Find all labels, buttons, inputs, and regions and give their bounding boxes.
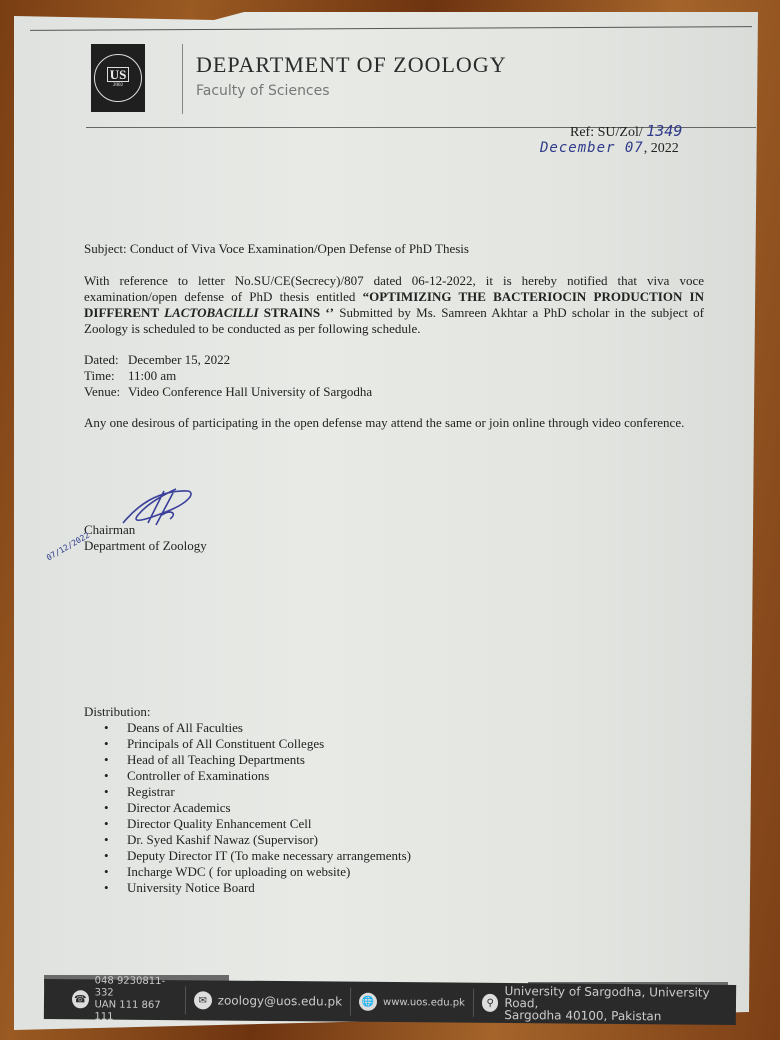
schedule-value: 11:00 am xyxy=(128,368,176,384)
list-item-text: Director Academics xyxy=(127,800,231,816)
bullet-icon: • xyxy=(104,880,127,896)
list-item: •Registrar xyxy=(104,784,411,800)
footer-phone-2: UAN 111 867 111 xyxy=(94,999,176,1024)
reference-handwritten-number: 1349 xyxy=(646,122,682,140)
schedule-row-venue: Venue:Video Conference Hall University o… xyxy=(84,384,704,400)
footer-address: ⚲ University of Sargodha, University Roa… xyxy=(474,989,736,1019)
letter-date-handwritten: December 07 xyxy=(540,140,644,156)
header-divider xyxy=(182,44,183,114)
signatory-title: Chairman xyxy=(84,522,207,538)
list-item-text: Director Quality Enhancement Cell xyxy=(127,816,311,832)
list-item-text: Registrar xyxy=(127,784,175,800)
list-item: •University Notice Board xyxy=(104,880,411,896)
distribution-heading: Distribution: xyxy=(84,704,150,720)
bullet-icon: • xyxy=(104,736,127,752)
phone-icon: ☎ xyxy=(72,990,89,1008)
footer-address-text: University of Sargodha, University Road,… xyxy=(504,985,728,1023)
logo-monogram: US xyxy=(107,67,130,82)
letter-date: December 07, 2022 xyxy=(540,140,679,157)
letterhead-footer: ☎ 048 9230811-332 UAN 111 867 111 ✉ zool… xyxy=(44,979,736,1025)
list-item-text: Deans of All Faculties xyxy=(127,720,243,736)
footer-phone: ☎ 048 9230811-332 UAN 111 867 111 xyxy=(44,985,186,1014)
logo-seal: US 2002 xyxy=(94,54,142,102)
schedule: Dated:December 15, 2022 Time:11:00 am Ve… xyxy=(84,352,704,400)
footer-phone-1: 048 9230811-332 xyxy=(95,975,177,1000)
distribution-list: •Deans of All Faculties •Principals of A… xyxy=(104,720,411,896)
list-item: •Incharge WDC ( for uploading on website… xyxy=(104,864,411,880)
reference-label: Ref: SU/Zol/ xyxy=(570,125,643,140)
bullet-icon: • xyxy=(104,832,127,848)
thesis-title-italic: LACTOBACILLI xyxy=(164,305,258,320)
subject-line: Subject: Conduct of Viva Voce Examinatio… xyxy=(84,241,704,257)
reference-number: Ref: SU/Zol/ 1349 xyxy=(570,122,682,141)
footer-address-2: Sargodha 40100, Pakistan xyxy=(504,1009,728,1023)
bullet-icon: • xyxy=(104,720,127,736)
schedule-label: Dated: xyxy=(84,352,128,368)
bullet-icon: • xyxy=(104,816,127,832)
signatory-block: Chairman Department of Zoology xyxy=(84,522,207,554)
list-item: •Deans of All Faculties xyxy=(104,720,411,736)
list-item: •Deputy Director IT (To make necessary a… xyxy=(104,848,411,864)
bullet-icon: • xyxy=(104,800,127,816)
list-item: •Principals of All Constituent Colleges xyxy=(104,736,411,752)
thesis-title-part2: STRAINS ‘’ xyxy=(259,305,334,320)
schedule-row-date: Dated:December 15, 2022 xyxy=(84,352,704,368)
list-item: •Controller of Examinations xyxy=(104,768,411,784)
logo-year: 2002 xyxy=(113,82,123,89)
schedule-label: Time: xyxy=(84,368,128,384)
footer-website: 🌐 www.uos.edu.pk xyxy=(351,988,474,1017)
location-pin-icon: ⚲ xyxy=(482,994,499,1012)
list-item-text: Controller of Examinations xyxy=(127,768,269,784)
list-item-text: Deputy Director IT (To make necessary ar… xyxy=(127,848,411,864)
bullet-icon: • xyxy=(104,784,127,800)
list-item-text: University Notice Board xyxy=(127,880,255,896)
bullet-icon: • xyxy=(104,848,127,864)
schedule-value: Video Conference Hall University of Sarg… xyxy=(128,384,372,400)
body-paragraph: With reference to letter No.SU/CE(Secrec… xyxy=(84,273,704,337)
bullet-icon: • xyxy=(104,768,127,784)
list-item-text: Dr. Syed Kashif Nawaz (Supervisor) xyxy=(127,832,318,848)
list-item: •Director Academics xyxy=(104,800,411,816)
list-item: •Dr. Syed Kashif Nawaz (Supervisor) xyxy=(104,832,411,848)
list-item-text: Head of all Teaching Departments xyxy=(127,752,305,768)
footer-phone-text: 048 9230811-332 UAN 111 867 111 xyxy=(94,975,177,1024)
signatory-department: Department of Zoology xyxy=(84,538,207,554)
list-item-text: Principals of All Constituent Colleges xyxy=(127,736,324,752)
bullet-icon: • xyxy=(104,752,127,768)
footer-website-text: www.uos.edu.pk xyxy=(383,996,465,1008)
footer-address-1: University of Sargodha, University Road, xyxy=(504,985,728,1011)
email-icon: ✉ xyxy=(194,991,212,1009)
bullet-icon: • xyxy=(104,864,127,880)
list-item-text: Incharge WDC ( for uploading on website) xyxy=(127,864,350,880)
globe-icon: 🌐 xyxy=(359,993,377,1011)
schedule-row-time: Time:11:00 am xyxy=(84,368,704,384)
list-item: •Director Quality Enhancement Cell xyxy=(104,816,411,832)
participation-notice: Any one desirous of participating in the… xyxy=(84,415,704,431)
letter-date-year: , 2022 xyxy=(644,141,679,156)
schedule-label: Venue: xyxy=(84,384,128,400)
faculty-subtitle: Faculty of Sciences xyxy=(196,83,330,99)
list-item: •Head of all Teaching Departments xyxy=(104,752,411,768)
department-title: DEPARTMENT OF ZOOLOGY xyxy=(196,52,507,78)
footer-email: ✉ zoology@uos.edu.pk xyxy=(186,986,352,1015)
footer-email-text: zoology@uos.edu.pk xyxy=(218,993,343,1008)
schedule-value: December 15, 2022 xyxy=(128,352,230,368)
university-logo: US 2002 xyxy=(91,44,145,112)
